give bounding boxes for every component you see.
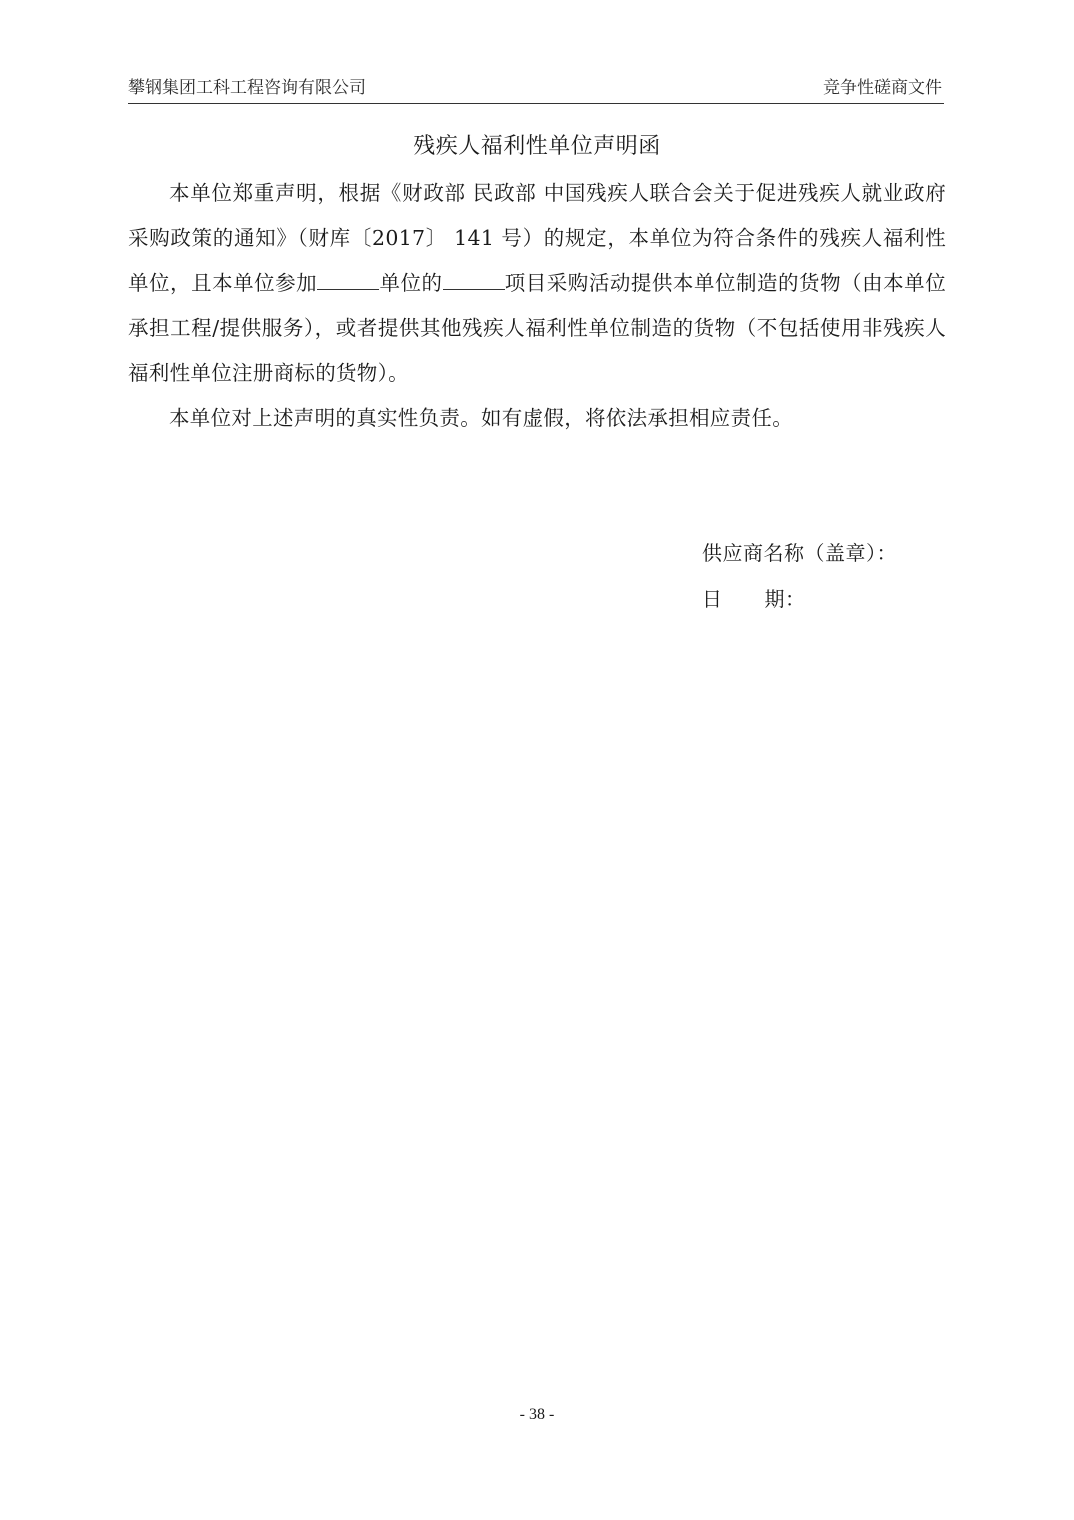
date-label-part2: 期：: [765, 587, 806, 611]
supplier-name-label: 供应商名称（盖章）：: [702, 538, 897, 568]
declaration-text-part2: 单位的: [379, 271, 442, 295]
page-number: - 38 -: [0, 1405, 1074, 1425]
company-name: 攀钢集团工科工程咨询有限公司: [128, 77, 366, 99]
date-label-part1: 日: [702, 587, 723, 611]
document-type: 竞争性磋商文件: [823, 77, 942, 99]
responsibility-paragraph: 本单位对上述声明的真实性负责。如有虚假，将依法承担相应责任。: [128, 396, 946, 441]
page-header: 攀钢集团工科工程咨询有限公司 竞争性磋商文件: [128, 77, 944, 104]
declaration-paragraph: 本单位郑重声明，根据《财政部 民政部 中国残疾人联合会关于促进残疾人就业政府采购…: [128, 171, 946, 396]
purchaser-blank-field[interactable]: [317, 269, 379, 290]
date-label: 日期：: [702, 584, 806, 614]
project-blank-field[interactable]: [443, 269, 505, 290]
document-title: 残疾人福利性单位声明函: [0, 132, 1074, 162]
